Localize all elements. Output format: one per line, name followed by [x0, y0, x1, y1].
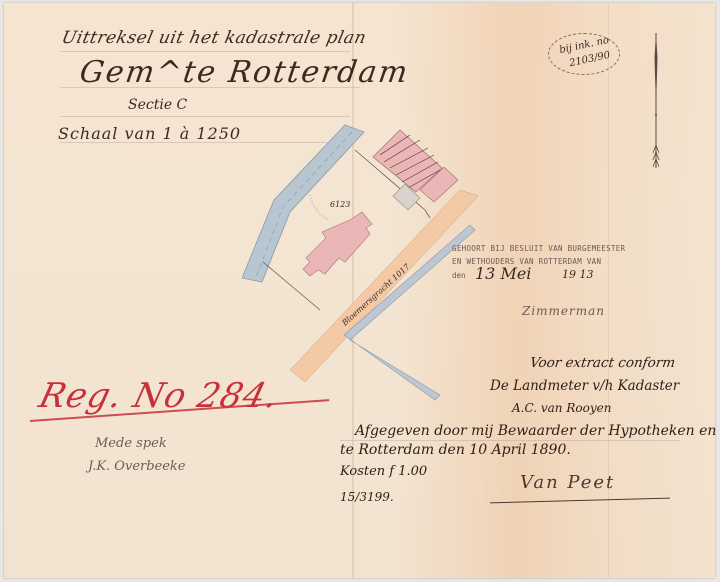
stamp-date-prefix: den	[452, 271, 466, 280]
stamp-signature: Zimmerman	[522, 304, 605, 318]
certification-line: Voor extract conform	[529, 355, 676, 371]
issued-by-line: Afgegeven door mij Bewaarder der Hypothe…	[355, 423, 720, 439]
certification-line: De Landmeter v/h Kadaster	[490, 378, 679, 394]
pencil-note: Mede spek	[95, 436, 167, 451]
surveyor-name: A.C. van Rooyen	[512, 401, 611, 415]
stamp-line: GEHOORT BIJ BESLUIT VAN BURGEMEESTER	[452, 242, 625, 255]
svg-text:6123: 6123	[330, 200, 350, 209]
hatched-building	[373, 130, 458, 202]
registrar-signature: Van Peet	[520, 472, 615, 493]
stamp-date: 13 Mei	[475, 264, 531, 283]
stamp-year: 19 13	[562, 268, 594, 281]
issue-date-line: te Rotterdam den 10 April 1890.	[340, 442, 571, 458]
cost-label: Kosten f 1.00	[340, 464, 427, 479]
pencil-note: J.K. Overbeeke	[88, 459, 186, 474]
building	[303, 212, 372, 276]
reference-number: 15/3199.	[340, 490, 394, 504]
